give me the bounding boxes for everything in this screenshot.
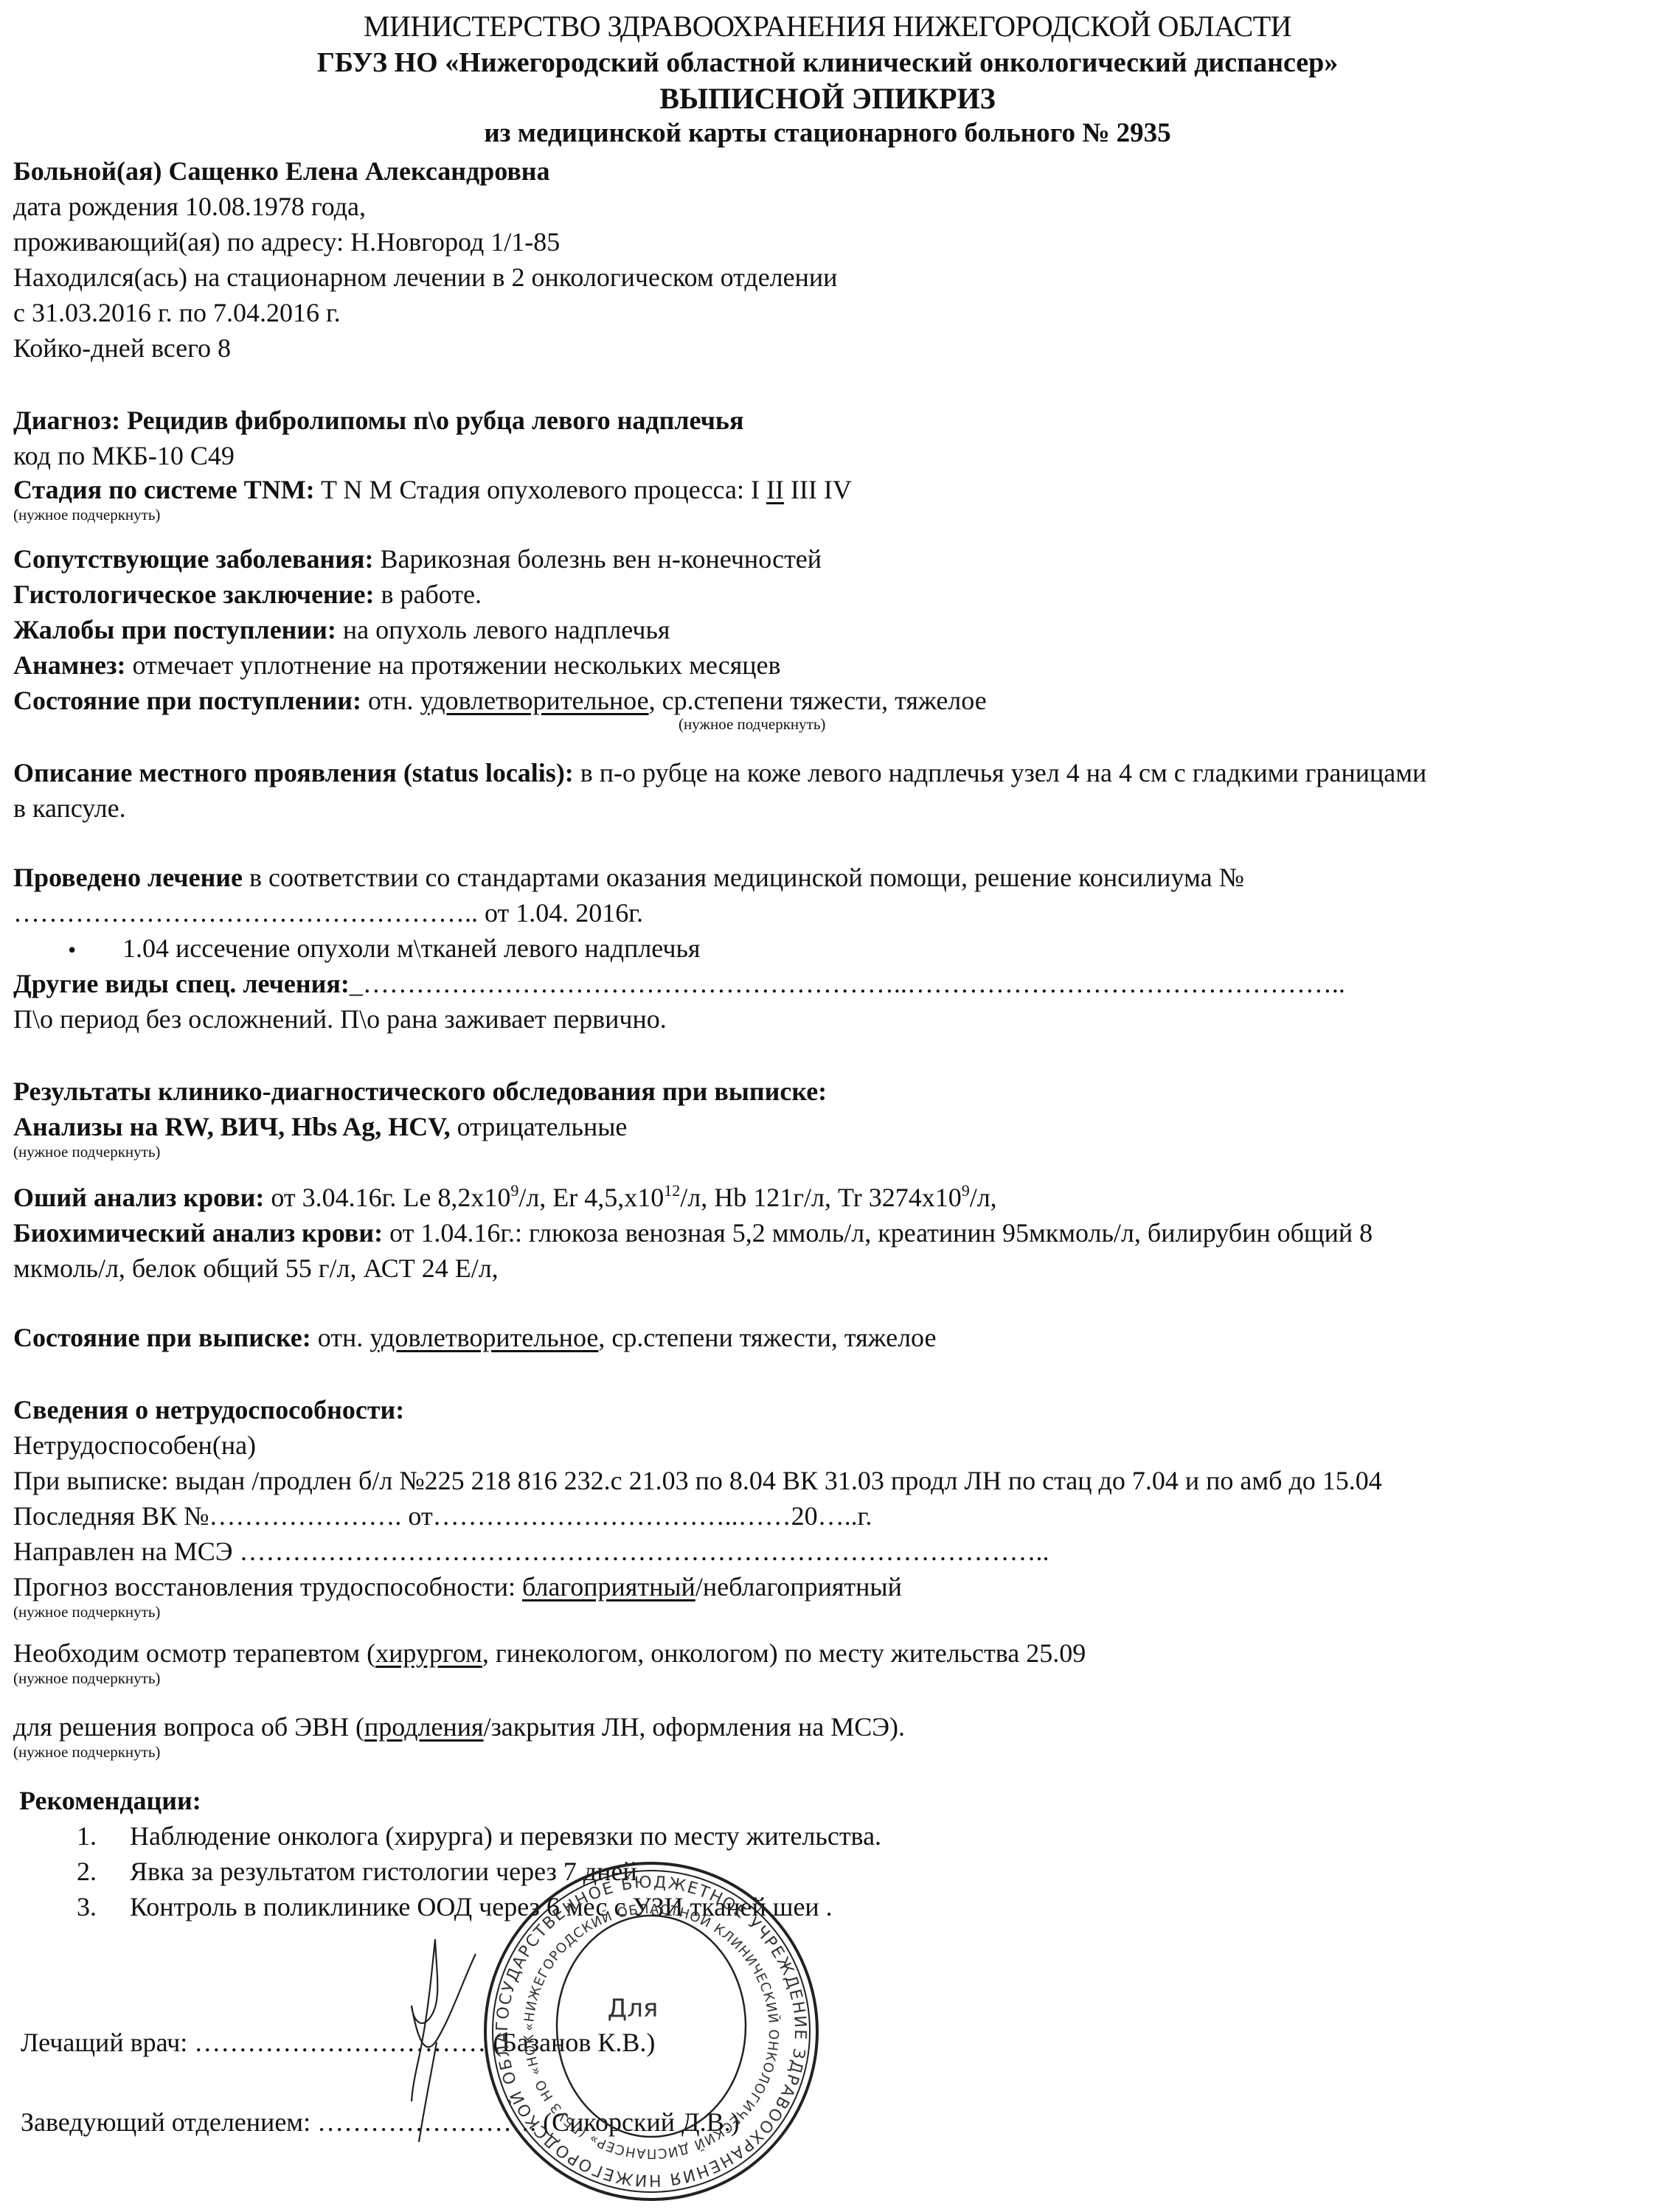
evn-prefix: для решения вопроса об ЭВН ( <box>13 1712 364 1742</box>
comorbidities-line: Сопутствующие заболевания: Варикозная бо… <box>13 546 822 572</box>
stage-rest: III IV <box>784 475 852 504</box>
prognosis-label: Прогноз восстановления трудоспособности: <box>13 1572 522 1601</box>
histology-label: Гистологическое заключение: <box>13 580 375 609</box>
tnm-value: T N M Стадия опухолевого процесса: I <box>315 475 766 504</box>
anamnesis-label: Анамнез: <box>13 650 125 680</box>
rec-number: 1. <box>77 1823 97 1849</box>
cbc-exponent: 12 <box>664 1181 680 1200</box>
sick-leave: При выписке: выдан /продлен б/л №225 218… <box>13 1467 1382 1494</box>
document-title: ВЫПИСНОЙ ЭПИКРИЗ <box>0 84 1655 114</box>
other-treatment-line: Другие виды спец. лечения:_…………………………………… <box>13 970 1345 997</box>
biochem-line: Биохимический анализ крови: от 1.04.16г.… <box>13 1220 1373 1246</box>
infection-tests-value: отрицательные <box>451 1112 628 1141</box>
official-stamp-icon: ГОСУДАРСТВЕННОЕ БЮДЖЕТНОЕ УЧРЕЖДЕНИЕ ЗДР… <box>478 1858 825 2205</box>
document-subtitle: из медицинской карты стационарного больн… <box>0 119 1655 147</box>
treatment-line: Проведено лечение в соответствии со стан… <box>13 864 1244 891</box>
exam-line: Необходим осмотр терапевтом (хирургом, г… <box>13 1640 1086 1666</box>
discharge-state-rest: , ср.степени тяжести, тяжелое <box>598 1323 936 1352</box>
rec-number: 2. <box>77 1858 97 1885</box>
infection-tests-line: Анализы на RW, ВИЧ, Hbs Ag, HCV, отрицат… <box>13 1113 627 1140</box>
underline-note: (нужное подчеркнуть) <box>679 717 825 732</box>
stage-selected: II <box>766 475 784 504</box>
exam-prefix: Необходим осмотр терапевтом ( <box>13 1638 375 1668</box>
tnm-line: Стадия по системе TNM: T N M Стадия опух… <box>13 476 852 503</box>
underline-note: (нужное подчеркнуть) <box>13 1671 160 1686</box>
stay-period: с 31.03.2016 г. по 7.04.2016 г. <box>13 299 341 326</box>
comorbidities-value: Варикозная болезнь вен н-конечностей <box>373 544 822 574</box>
status-localis-line: Описание местного проявления (status loc… <box>13 759 1426 786</box>
underline-note: (нужное подчеркнуть) <box>13 1604 160 1620</box>
disability-heading: Сведения о нетрудоспособности: <box>13 1397 404 1423</box>
complaints-value: на опухоль левого надплечья <box>336 615 670 644</box>
anamnesis-line: Анамнез: отмечает уплотнение на протяжен… <box>13 652 781 678</box>
birth-date: дата рождения 10.08.1978 года, <box>13 193 366 220</box>
evn-rest: /закрытия ЛН, оформления на МСЭ). <box>484 1712 905 1742</box>
other-treatment-value: _……………………………………………………..………………………………………….… <box>350 969 1345 998</box>
infection-tests-label: Анализы на RW, ВИЧ, Hbs Ag, HCV, <box>13 1112 451 1141</box>
histology-value: в работе. <box>375 580 482 609</box>
postop-course: П\о период без осложнений. П\о рана зажи… <box>13 1006 667 1032</box>
cbc-exponent: 9 <box>510 1181 518 1200</box>
other-treatment-label: Другие виды спец. лечения: <box>13 969 350 998</box>
complaints-label: Жалобы при поступлении: <box>13 615 336 644</box>
patient-name: Сащенко Елена Александровна <box>169 156 550 186</box>
evn-line: для решения вопроса об ЭВН (продления/за… <box>13 1714 905 1740</box>
prognosis-selected: благоприятный <box>522 1572 695 1601</box>
status-localis-value: в п-о рубце на коже левого надплечья узе… <box>574 758 1426 787</box>
status-localis-label: Описание местного проявления (status loc… <box>13 758 574 787</box>
discharge-summary-page: МИНИСТЕРСТВО ЗДРАВООХРАНЕНИЯ НИЖЕГОРОДСК… <box>0 0 1655 2212</box>
recommendation-item: Наблюдение онколога (хирурга) и перевязк… <box>130 1823 881 1849</box>
comorbidities-label: Сопутствующие заболевания: <box>13 544 373 574</box>
admission-state-selected: удовлетворительное <box>420 686 649 715</box>
treatment-text: в соответствии со стандартами оказания м… <box>243 863 1244 892</box>
treatment-label: Проведено лечение <box>13 863 243 892</box>
cbc-text: от 3.04.16г. Le 8,2x10 <box>264 1183 510 1212</box>
biochem-label: Биохимический анализ крови: <box>13 1218 383 1248</box>
recommendations-heading: Рекомендации: <box>19 1787 201 1814</box>
prognosis-line: Прогноз восстановления трудоспособности:… <box>13 1573 902 1600</box>
discharge-state-selected: удовлетворительное <box>369 1323 598 1352</box>
admission-state-prefix: отн. <box>361 686 420 715</box>
underline-note: (нужное подчеркнуть) <box>13 507 160 523</box>
bullet-icon: • <box>68 938 76 961</box>
exam-selected: хирургом <box>375 1638 482 1668</box>
complaints-line: Жалобы при поступлении: на опухоль левог… <box>13 616 670 643</box>
biochem-value: от 1.04.16г.: глюкоза венозная 5,2 ммоль… <box>383 1218 1373 1248</box>
admission-state-label: Состояние при поступлении: <box>13 686 361 715</box>
council-date: …………………………………………….. от 1.04. 2016г. <box>13 900 643 926</box>
rec-number: 3. <box>77 1893 97 1920</box>
patient-name-line: Больной(ая) Сащенко Елена Александровна <box>13 158 550 184</box>
cbc-text: /л, <box>970 1183 997 1212</box>
diagnosis-line: Диагноз: Рецидив фибролипомы п\о рубца л… <box>13 407 743 434</box>
results-heading: Результаты клинико-диагностического обсл… <box>13 1078 827 1105</box>
discharge-state-prefix: отн. <box>311 1323 370 1352</box>
cbc-label: Оший анализ крови: <box>13 1183 264 1212</box>
underline-note: (нужное подчеркнуть) <box>13 1144 160 1160</box>
evn-selected: продления <box>364 1712 484 1742</box>
address: проживающий(ая) по адресу: Н.Новгород 1/… <box>13 229 560 255</box>
prognosis-rest: /неблагоприятный <box>695 1572 902 1601</box>
underline-note: (нужное подчеркнуть) <box>13 1745 160 1760</box>
cbc-exponent: 9 <box>962 1181 970 1200</box>
diagnosis-label: Диагноз: <box>13 406 120 435</box>
status-localis-cont: в капсуле. <box>13 795 126 821</box>
admission-state-rest: , ср.степени тяжести, тяжелое <box>649 686 987 715</box>
histology-line: Гистологическое заключение: в работе. <box>13 581 482 608</box>
hospital-stay: Находился(ась) на стационарном лечении в… <box>13 264 837 291</box>
tnm-label: Стадия по системе TNM: <box>13 475 315 504</box>
exam-rest: , гинекологом, онкологом) по месту жител… <box>482 1638 1086 1668</box>
diagnosis-value: Рецидив фибролипомы п\о рубца левого над… <box>127 406 743 435</box>
cbc-text: /л, Er 4,5,x10 <box>518 1183 664 1212</box>
patient-name-label: Больной(ая) <box>13 156 162 186</box>
biochem-cont: мкмоль/л, белок общий 55 г/л, АСТ 24 Е/л… <box>13 1255 499 1281</box>
mse-referral: Направлен на МСЭ ……………………………………………………………… <box>13 1538 1049 1565</box>
last-vk: Последняя ВК №…………………. от……………………………..……… <box>13 1503 872 1529</box>
discharge-state-label: Состояние при выписке: <box>13 1323 311 1352</box>
institution-header: ГБУЗ НО «Нижегородский областной клиниче… <box>0 49 1655 77</box>
icd-code: код по МКБ-10 С49 <box>13 442 235 469</box>
handwritten-signature-icon <box>391 1932 479 2146</box>
cbc-text: /л, Hb 121г/л, Tr 3274x10 <box>680 1183 961 1212</box>
discharge-state-line: Состояние при выписке: отн. удовлетворит… <box>13 1324 936 1351</box>
admission-state-line: Состояние при поступлении: отн. удовлетв… <box>13 687 987 714</box>
cbc-line: Оший анализ крови: от 3.04.16г. Le 8,2x1… <box>13 1184 997 1211</box>
bed-days: Койко-дней всего 8 <box>13 335 231 361</box>
disability-status: Нетрудоспособен(на) <box>13 1432 256 1458</box>
stamp-center-text: Для <box>608 1994 659 2023</box>
procedure: 1.04 иссечение опухоли м\тканей левого н… <box>122 935 700 961</box>
anamnesis-value: отмечает уплотнение на протяжении нескол… <box>125 650 780 680</box>
ministry-header: МИНИСТЕРСТВО ЗДРАВООХРАНЕНИЯ НИЖЕГОРОДСК… <box>0 12 1655 41</box>
